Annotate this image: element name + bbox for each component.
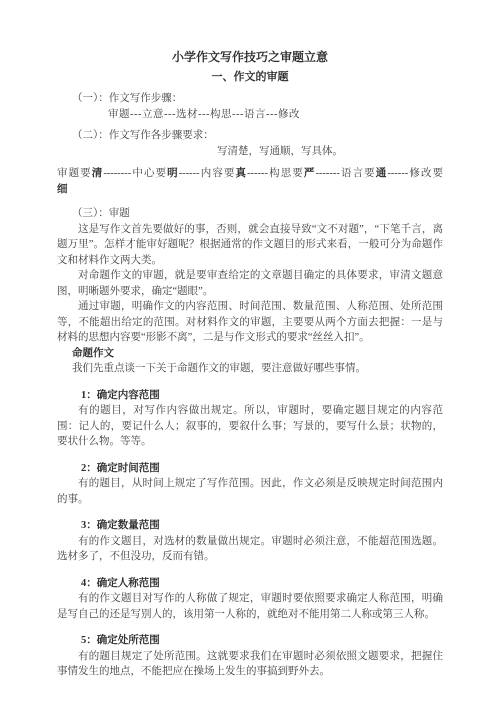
quality-summary-line-2: 细 [57, 182, 443, 198]
document-title: 小学作文写作技巧之审题立意 [57, 49, 443, 66]
step-requirements-line: 写清楚，写通顺，写具体。 [217, 144, 443, 160]
rule-item: 5：确定处所范围 有的题目规定了处所范围。这就要求我们在审题时必须依照文题要求，… [57, 633, 443, 680]
section-2-label: （二）：作文写作各步骤要求： [57, 128, 443, 144]
rule-item-heading: 2：确定时间范围 [81, 461, 443, 477]
document-subtitle: 一、作文的审题 [57, 69, 443, 85]
section-3-paragraph: 对命题作文的审题，就是要审查给定的文章题目确定的具体要求，审清文题意图，明晰题外… [57, 268, 443, 299]
rule-item-body: 有的题目，从时间上规定了写作范围。因此，作文必须是反映规定时间范围内的事。 [57, 476, 443, 507]
section-3-paragraph: 通过审题，明确作文的内容范围、时间范围、数量范围、人称范围、处所范围等，不能超出… [57, 299, 443, 346]
rule-item-heading: 5：确定处所范围 [81, 633, 443, 649]
rule-item-heading: 1：确定内容范围 [81, 388, 443, 404]
proposition-intro: 我们先重点谈一下关于命题作文的审题，要注意做好哪些事情。 [72, 361, 443, 377]
section-1-label: （一）：作文写作步骤： [57, 91, 443, 107]
writing-steps-line: 审题---立意---选材---构思---语言---修改 [108, 107, 443, 123]
rule-item-body: 有的题目，对写作内容做出规定。所以，审题时，要确定题目规定的内容范围：记人的，要… [57, 403, 443, 450]
section-3-paragraph: 这是写作文首先要做好的事，否则，就会直接导致“文不对题”，“下笔千言，离题万里”… [57, 222, 443, 269]
rule-item-heading: 4：确定人称范围 [81, 576, 443, 592]
proposition-heading: 命题作文 [72, 346, 443, 362]
rule-item: 2：确定时间范围 有的题目，从时间上规定了写作范围。因此，作文必须是反映规定时间… [57, 461, 443, 508]
rule-item: 1：确定内容范围 有的题目，对写作内容做出规定。所以，审题时，要确定题目规定的内… [57, 388, 443, 450]
rule-item-body: 有的作文题目，对选材的数量做出规定。审题时必须注意，不能超范围选题。选材多了，不… [57, 534, 443, 565]
quality-summary-line-1: 审题要清--------中心要明------内容要真------构思要严----… [57, 166, 443, 182]
rule-item: 4：确定人称范围 有的作文题目对写作的人称做了规定，审题时要依照要求确定人称范围… [57, 576, 443, 623]
rule-item-body: 有的作文题目对写作的人称做了规定，审题时要依照要求确定人称范围，明确是写自己的还… [57, 591, 443, 622]
section-3-label: （三）：审题 [57, 206, 443, 222]
rule-item: 3：确定数量范围 有的作文题目，对选材的数量做出规定。审题时必须注意，不能超范围… [57, 518, 443, 565]
document-page: 小学作文写作技巧之审题立意 一、作文的审题 （一）：作文写作步骤： 审题---立… [0, 0, 500, 707]
rule-item-heading: 3：确定数量范围 [81, 518, 443, 534]
rule-item-body: 有的题目规定了处所范围。这就要求我们在审题时必须依照文题要求，把握住事情发生的地… [57, 649, 443, 680]
